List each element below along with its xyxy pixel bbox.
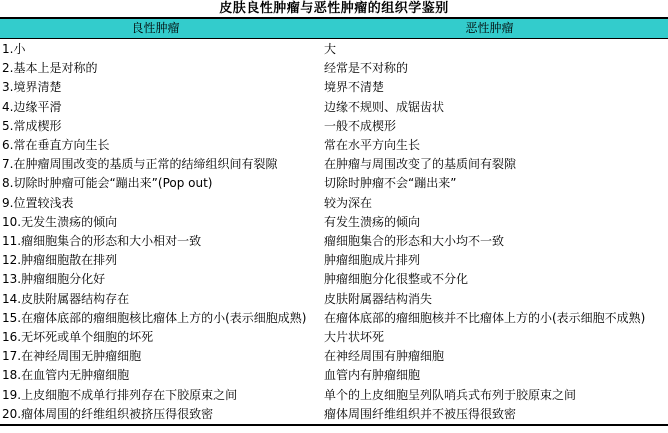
benign-cell: 13.肿瘤细胞分化好: [0, 270, 311, 289]
malignant-cell: 大: [311, 39, 668, 60]
benign-cell: 4.边缘平滑: [0, 98, 311, 117]
malignant-cell: 境界不清楚: [311, 78, 668, 97]
benign-cell: 8.切除时肿瘤可能会“蹦出来”(Pop out): [0, 174, 311, 193]
malignant-cell: 有发生溃疡的倾向: [311, 213, 668, 232]
table-row: 2.基本上是对称的经常是不对称的: [0, 59, 668, 78]
malignant-cell: 在瘤体底部的瘤细胞核并不比瘤体上方的小(表示细胞不成熟): [311, 309, 668, 328]
benign-cell: 19.上皮细胞不成单行排列存在下胶原束之间: [0, 386, 311, 405]
table-row: 16.无坏死或单个细胞的坏死大片状坏死: [0, 328, 668, 347]
benign-cell: 3.境界清楚: [0, 78, 311, 97]
benign-cell: 10.无发生溃疡的倾向: [0, 213, 311, 232]
malignant-cell: 血管内有肿瘤细胞: [311, 366, 668, 385]
malignant-cell: 在神经周围有肿瘤细胞: [311, 347, 668, 366]
benign-cell: 6.常在垂直方向生长: [0, 136, 311, 155]
table-row: 10.无发生溃疡的倾向有发生溃疡的倾向: [0, 213, 668, 232]
benign-cell: 9.位置较浅表: [0, 194, 311, 213]
benign-cell: 2.基本上是对称的: [0, 59, 311, 78]
table-row: 7.在肿瘤周围改变的基质与正常的结缔组织间有裂隙在肿瘤与周围改变了的基质间有裂隙: [0, 155, 668, 174]
malignant-cell: 一般不成楔形: [311, 117, 668, 136]
table-row: 19.上皮细胞不成单行排列存在下胶原束之间单个的上皮细胞呈列队哨兵式布列于胶原束…: [0, 386, 668, 405]
benign-cell: 5.常成楔形: [0, 117, 311, 136]
table-row: 15.在瘤体底部的瘤细胞核比瘤体上方的小(表示细胞成熟)在瘤体底部的瘤细胞核并不…: [0, 309, 668, 328]
table-body: 1.小大2.基本上是对称的经常是不对称的3.境界清楚境界不清楚4.边缘平滑边缘不…: [0, 39, 668, 426]
table-row: 4.边缘平滑边缘不规则、成锯齿状: [0, 98, 668, 117]
malignant-cell: 在肿瘤与周围改变了的基质间有裂隙: [311, 155, 668, 174]
benign-cell: 15.在瘤体底部的瘤细胞核比瘤体上方的小(表示细胞成熟): [0, 309, 311, 328]
benign-cell: 7.在肿瘤周围改变的基质与正常的结缔组织间有裂隙: [0, 155, 311, 174]
table-row: 1.小大: [0, 39, 668, 60]
malignant-cell: 瘤体周围纤维组织并不被压得很致密: [311, 405, 668, 425]
malignant-cell: 常在水平方向生长: [311, 136, 668, 155]
table-row: 5.常成楔形一般不成楔形: [0, 117, 668, 136]
table-row: 8.切除时肿瘤可能会“蹦出来”(Pop out)切除时肿瘤不会“蹦出来”: [0, 174, 668, 193]
header-row: 良性肿瘤 恶性肿瘤: [0, 18, 668, 39]
malignant-cell: 经常是不对称的: [311, 59, 668, 78]
malignant-cell: 边缘不规则、成锯齿状: [311, 98, 668, 117]
benign-cell: 16.无坏死或单个细胞的坏死: [0, 328, 311, 347]
benign-cell: 20.瘤体周围的纤维组织被挤压得很致密: [0, 405, 311, 425]
header-benign: 良性肿瘤: [0, 18, 311, 39]
malignant-cell: 皮肤附属器结构消失: [311, 290, 668, 309]
comparison-table: 良性肿瘤 恶性肿瘤 1.小大2.基本上是对称的经常是不对称的3.境界清楚境界不清…: [0, 17, 668, 426]
table-row: 6.常在垂直方向生长常在水平方向生长: [0, 136, 668, 155]
table-row: 13.肿瘤细胞分化好肿瘤细胞分化很整或不分化: [0, 270, 668, 289]
benign-cell: 18.在血管内无肿瘤细胞: [0, 366, 311, 385]
benign-cell: 11.瘤细胞集合的形态和大小相对一致: [0, 232, 311, 251]
table-row: 20.瘤体周围的纤维组织被挤压得很致密瘤体周围纤维组织并不被压得很致密: [0, 405, 668, 425]
malignant-cell: 单个的上皮细胞呈列队哨兵式布列于胶原束之间: [311, 386, 668, 405]
malignant-cell: 大片状坏死: [311, 328, 668, 347]
table-row: 9.位置较浅表较为深在: [0, 194, 668, 213]
table-row: 12.肿瘤细胞散在排列肿瘤细胞成片排列: [0, 251, 668, 270]
table-row: 3.境界清楚境界不清楚: [0, 78, 668, 97]
malignant-cell: 切除时肿瘤不会“蹦出来”: [311, 174, 668, 193]
malignant-cell: 瘤细胞集合的形态和大小均不一致: [311, 232, 668, 251]
benign-cell: 12.肿瘤细胞散在排列: [0, 251, 311, 270]
malignant-cell: 肿瘤细胞成片排列: [311, 251, 668, 270]
table-row: 18.在血管内无肿瘤细胞血管内有肿瘤细胞: [0, 366, 668, 385]
benign-cell: 14.皮肤附属器结构存在: [0, 290, 311, 309]
table-row: 17.在神经周围无肿瘤细胞在神经周围有肿瘤细胞: [0, 347, 668, 366]
malignant-cell: 较为深在: [311, 194, 668, 213]
benign-cell: 17.在神经周围无肿瘤细胞: [0, 347, 311, 366]
table-row: 11.瘤细胞集合的形态和大小相对一致瘤细胞集合的形态和大小均不一致: [0, 232, 668, 251]
table-row: 14.皮肤附属器结构存在皮肤附属器结构消失: [0, 290, 668, 309]
page-title: 皮肤良性肿瘤与恶性肿瘤的组织学鉴别: [0, 0, 668, 17]
malignant-cell: 肿瘤细胞分化很整或不分化: [311, 270, 668, 289]
benign-cell: 1.小: [0, 39, 311, 60]
header-malignant: 恶性肿瘤: [311, 18, 668, 39]
